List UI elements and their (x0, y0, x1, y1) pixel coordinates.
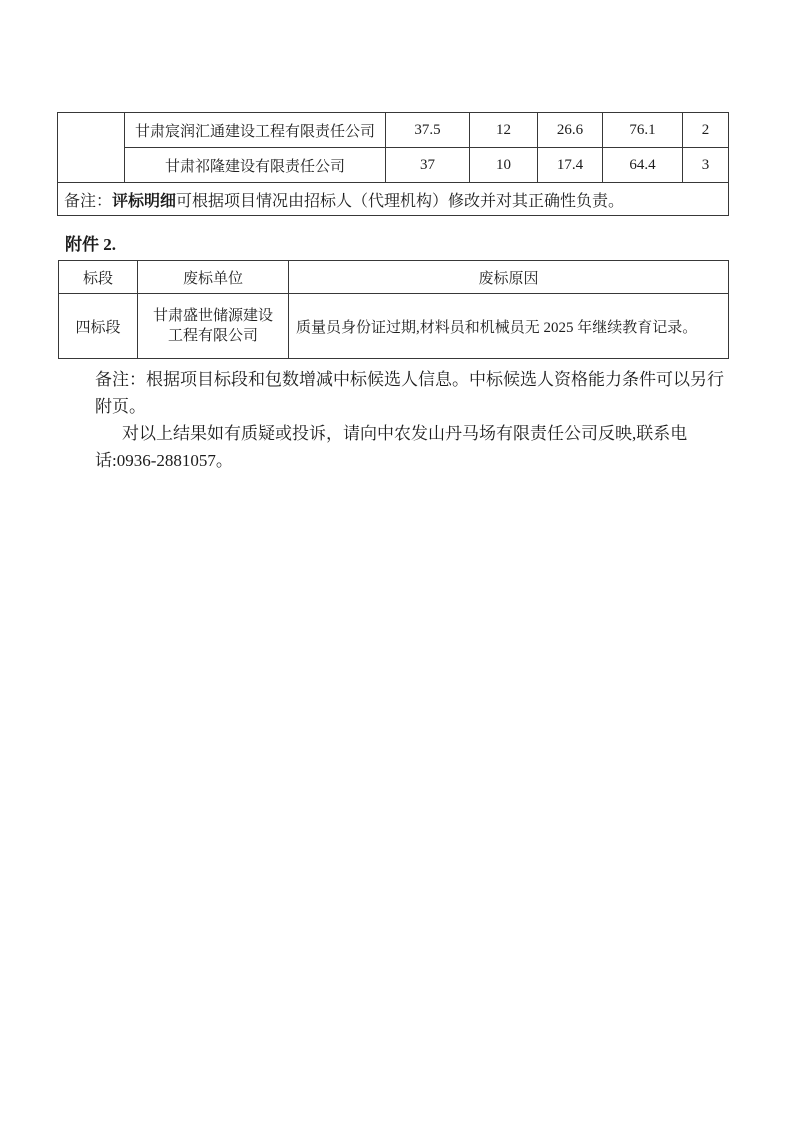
score-cell: 10 (470, 148, 538, 183)
table-note-row: 备注：评标明细可根据项目情况由招标人（代理机构）修改并对其正确性负责。 (58, 183, 729, 216)
column-header-reason: 废标原因 (289, 261, 729, 294)
attachment-2-heading: 附件 2. (65, 234, 116, 256)
note-line: 备注：根据项目标段和包数增减中标候选人信息。中标候选人资格能力条件可以另行 (95, 366, 731, 393)
footer-notes: 备注：根据项目标段和包数增减中标候选人信息。中标候选人资格能力条件可以另行 附页… (95, 366, 731, 474)
total-score-cell: 76.1 (603, 113, 683, 148)
note-bold-text: 评标明细 (112, 193, 176, 210)
note-rest-text: 可根据项目情况由招标人（代理机构）修改并对其正确性负责。 (176, 193, 624, 210)
score-table-empty-cell (58, 113, 125, 183)
table-row: 四标段 甘肃盛世储源建设工程有限公司 质量员身份证过期,材料员和机械员无 202… (59, 294, 729, 359)
document-page: 甘肃宸润汇通建设工程有限责任公司 37.5 12 26.6 76.1 2 甘肃祁… (0, 0, 793, 1122)
note-line: 附页。 (95, 393, 731, 420)
note-line: 对以上结果如有质疑或投诉，请向中农发山丹马场有限责任公司反映,联系电 (95, 420, 731, 447)
reject-reason-cell: 质量员身份证过期,材料员和机械员无 2025 年继续教育记录。 (289, 294, 729, 359)
bid-section-cell: 四标段 (59, 294, 138, 359)
score-table: 甘肃宸润汇通建设工程有限责任公司 37.5 12 26.6 76.1 2 甘肃祁… (57, 112, 729, 216)
note-line: 话:0936-2881057。 (95, 447, 731, 474)
rank-cell: 2 (683, 113, 729, 148)
table-row: 甘肃祁隆建设有限责任公司 37 10 17.4 64.4 3 (58, 148, 729, 183)
table-header-row: 标段 废标单位 废标原因 (59, 261, 729, 294)
company-name-cell: 甘肃祁隆建设有限责任公司 (125, 148, 386, 183)
rejected-unit-cell: 甘肃盛世储源建设工程有限公司 (138, 294, 289, 359)
score-cell: 17.4 (538, 148, 603, 183)
company-name-cell: 甘肃宸润汇通建设工程有限责任公司 (125, 113, 386, 148)
rejected-bid-table: 标段 废标单位 废标原因 四标段 甘肃盛世储源建设工程有限公司 质量员身份证过期… (58, 260, 729, 359)
column-header-section: 标段 (59, 261, 138, 294)
score-cell: 37 (386, 148, 470, 183)
column-header-unit: 废标单位 (138, 261, 289, 294)
note-label: 备注： (64, 193, 112, 210)
rank-cell: 3 (683, 148, 729, 183)
score-table-note-cell: 备注：评标明细可根据项目情况由招标人（代理机构）修改并对其正确性负责。 (58, 183, 729, 216)
table-row: 甘肃宸润汇通建设工程有限责任公司 37.5 12 26.6 76.1 2 (58, 113, 729, 148)
score-cell: 37.5 (386, 113, 470, 148)
score-cell: 26.6 (538, 113, 603, 148)
total-score-cell: 64.4 (603, 148, 683, 183)
score-cell: 12 (470, 113, 538, 148)
